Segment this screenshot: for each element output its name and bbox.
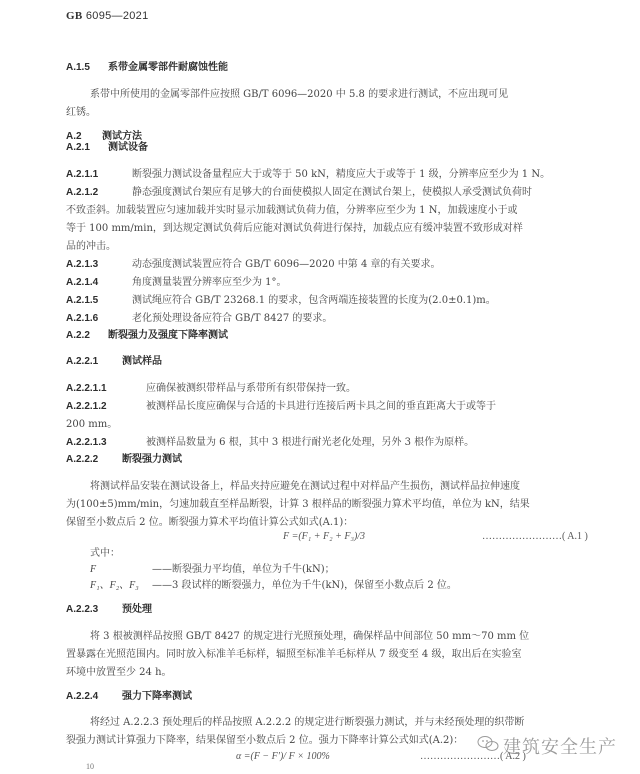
clause-number: A.2.2.1.2 xyxy=(66,400,146,414)
section-number: A.1.5 xyxy=(66,61,108,75)
section-number: A.2.2.2 xyxy=(66,453,122,467)
symbol-desc: ——3 段试样的断裂强力，单位为千牛(kN)，保留至小数点后 2 位。 xyxy=(152,580,457,591)
clause-text: 被测样品数量为 6 根，其中 3 根进行耐光老化处理，另外 3 根作为原样。 xyxy=(146,437,474,448)
clause-text: 静态强度测试台架应有足够大的台面使模拟人固定在测试台架上，使模拟人承受测试负荷时 xyxy=(132,187,532,198)
section-heading-a15: A.1.5系带金属零部件耐腐蚀性能 xyxy=(66,61,228,75)
clause-a2213: A.2.2.1.3被测样品数量为 6 根，其中 3 根进行耐光老化处理，另外 3… xyxy=(66,436,474,450)
clause-a212: A.2.1.2静态强度测试台架应有足够大的台面使模拟人固定在测试台架上，使模拟人… xyxy=(66,186,532,200)
clause-number: A.2.1.1 xyxy=(66,168,132,182)
symbol-definition: F₁、F₂、F₃——3 段试样的断裂强力，单位为千牛(kN)，保留至小数点后 2… xyxy=(90,579,457,593)
clause-text: 被测样品长度应确保与合适的卡具进行连接后两卡具之间的垂直距离大于或等于 xyxy=(146,401,496,412)
paragraph-line: 裂强力测试计算强力下降率，结果保留至小数点后 2 位。强力下降率计算公式如式(A… xyxy=(66,734,463,748)
where-label: 式中： xyxy=(90,547,120,561)
section-number: A.2.2.3 xyxy=(66,603,122,617)
clause-a2212: A.2.2.1.2被测样品长度应确保与合适的卡具进行连接后两卡具之间的垂直距离大… xyxy=(66,400,496,414)
clause-number: A.2.1.3 xyxy=(66,258,132,272)
clause-a2211: A.2.2.1.1应确保被测织带样品与系带所有织带保持一致。 xyxy=(66,382,356,396)
paragraph-line: 系带中所使用的金属零部件应按照 GB/T 6096—2020 中 5.8 的要求… xyxy=(90,88,508,102)
paragraph-line: 将测试样品安装在测试设备上，样品夹持应避免在测试过程中对样品产生损伤，测试样品拉… xyxy=(90,480,520,494)
clause-text: 动态强度测试装置应符合 GB/T 6096—2020 中第 4 章的有关要求。 xyxy=(132,259,441,270)
section-title: 断裂强力及强度下降率测试 xyxy=(108,330,228,341)
clause-text: 测试绳应符合 GB/T 23268.1 的要求，包含两端连接装置的长度为(2.0… xyxy=(132,295,496,306)
section-heading-a2224: A.2.2.4强力下降率测试 xyxy=(66,690,192,704)
section-heading-a2223: A.2.2.3预处理 xyxy=(66,603,152,617)
section-title: 断裂强力测试 xyxy=(122,454,182,465)
watermark-text: 建筑安全生产 xyxy=(503,733,617,759)
clause-number: A.2.2.1.3 xyxy=(66,436,146,450)
section-number: A.2.2.1 xyxy=(66,355,122,369)
clause-a211: A.2.1.1断裂强力测试设备量程应大于或等于 50 kN，精度应大于或等于 1… xyxy=(66,168,550,182)
paragraph-line: 环境中放置至少 24 h。 xyxy=(66,666,172,680)
header-prefix: GB xyxy=(66,10,83,22)
section-heading-a2222: A.2.2.2断裂强力测试 xyxy=(66,453,182,467)
equation-label-a1: ……………………( A.1 ) xyxy=(482,530,588,544)
section-heading-a22: A.2.2断裂强力及强度下降率测试 xyxy=(66,329,228,343)
paragraph-line: 保留至小数点后 2 位。断裂强力算术平均值计算公式如式(A.1)： xyxy=(66,516,353,530)
clause-number: A.2.2.1.1 xyxy=(66,382,146,396)
section-number: A.2.2 xyxy=(66,329,108,343)
symbol-desc: ——断裂强力平均值，单位为千牛(kN)； xyxy=(152,564,335,575)
paragraph-line: 置暴露在光照范围内。同时放入标准羊毛标样，辐照至标准羊毛标样从 7 级变至 4 … xyxy=(66,648,521,662)
clause-text: 角度测量装置分辨率应至少为 1°。 xyxy=(132,277,287,288)
paragraph-line: 红锈。 xyxy=(66,106,96,120)
page-number: 10 xyxy=(86,762,94,771)
symbol: F xyxy=(90,563,152,577)
section-title: 预处理 xyxy=(122,604,152,615)
clause-a214: A.2.1.4角度测量装置分辨率应至少为 1°。 xyxy=(66,276,287,290)
paragraph-line: 200 mm。 xyxy=(66,418,117,432)
clause-text: 老化预处理设备应符合 GB/T 8427 的要求。 xyxy=(132,313,332,324)
paragraph-line: 将经过 A.2.2.3 预处理后的样品按照 A.2.2.2 的规定进行断裂强力测… xyxy=(90,716,524,730)
clause-number: A.2.1.5 xyxy=(66,294,132,308)
clause-text: 断裂强力测试设备量程应大于或等于 50 kN，精度应大于或等于 1 级，分辨率应… xyxy=(132,169,550,180)
section-number: A.2.2.4 xyxy=(66,690,122,704)
document-page: GB 6095—2021 A.1.5系带金属零部件耐腐蚀性能 系带中所使用的金属… xyxy=(0,0,640,774)
symbol: F₁、F₂、F₃ xyxy=(90,579,152,593)
paragraph-line: 等于 100 mm/min，到达规定测试负荷后应能对测试负荷进行保持，加载点应有… xyxy=(66,222,523,236)
formula-a2: α =(F − F′)/ F × 100% xyxy=(236,750,330,764)
paragraph-line: 品的冲击。 xyxy=(66,240,116,254)
clause-a215: A.2.1.5测试绳应符合 GB/T 23268.1 的要求，包含两端连接装置的… xyxy=(66,294,496,308)
section-heading-a221: A.2.2.1测试样品 xyxy=(66,355,162,369)
running-header: GB 6095—2021 xyxy=(66,10,149,22)
section-title: 测试样品 xyxy=(122,356,162,367)
paragraph-line: 将 3 根被测样品按照 GB/T 8427 的规定进行光照预处理，确保样品中间部… xyxy=(90,630,529,644)
clause-number: A.2.1.4 xyxy=(66,276,132,290)
header-standard: 6095—2021 xyxy=(86,10,149,22)
section-title: 强力下降率测试 xyxy=(122,691,192,702)
symbol-definition: F——断裂强力平均值，单位为千牛(kN)； xyxy=(90,563,335,577)
section-number: A.2.1 xyxy=(66,141,108,155)
clause-number: A.2.1.6 xyxy=(66,312,132,326)
clause-text: 应确保被测织带样品与系带所有织带保持一致。 xyxy=(146,383,356,394)
clause-a216: A.2.1.6老化预处理设备应符合 GB/T 8427 的要求。 xyxy=(66,312,332,326)
wechat-icon xyxy=(476,735,500,753)
section-title: 测试设备 xyxy=(108,142,148,153)
paragraph-line: 为(100±5)mm/min，匀速加载直至样品断裂，计算 3 根样品的断裂强力算… xyxy=(66,498,530,512)
clause-a213: A.2.1.3动态强度测试装置应符合 GB/T 6096—2020 中第 4 章… xyxy=(66,258,441,272)
paragraph-line: 不致歪斜。加载装置应匀速加载并实时显示加载测试负荷力值，分辨率应至少为 1 N，… xyxy=(66,204,517,218)
formula-a1: F =(F₁ + F₂ + F₃)/3 xyxy=(283,530,365,544)
section-title: 系带金属零部件耐腐蚀性能 xyxy=(108,62,228,73)
clause-number: A.2.1.2 xyxy=(66,186,132,200)
section-heading-a21: A.2.1测试设备 xyxy=(66,141,148,155)
